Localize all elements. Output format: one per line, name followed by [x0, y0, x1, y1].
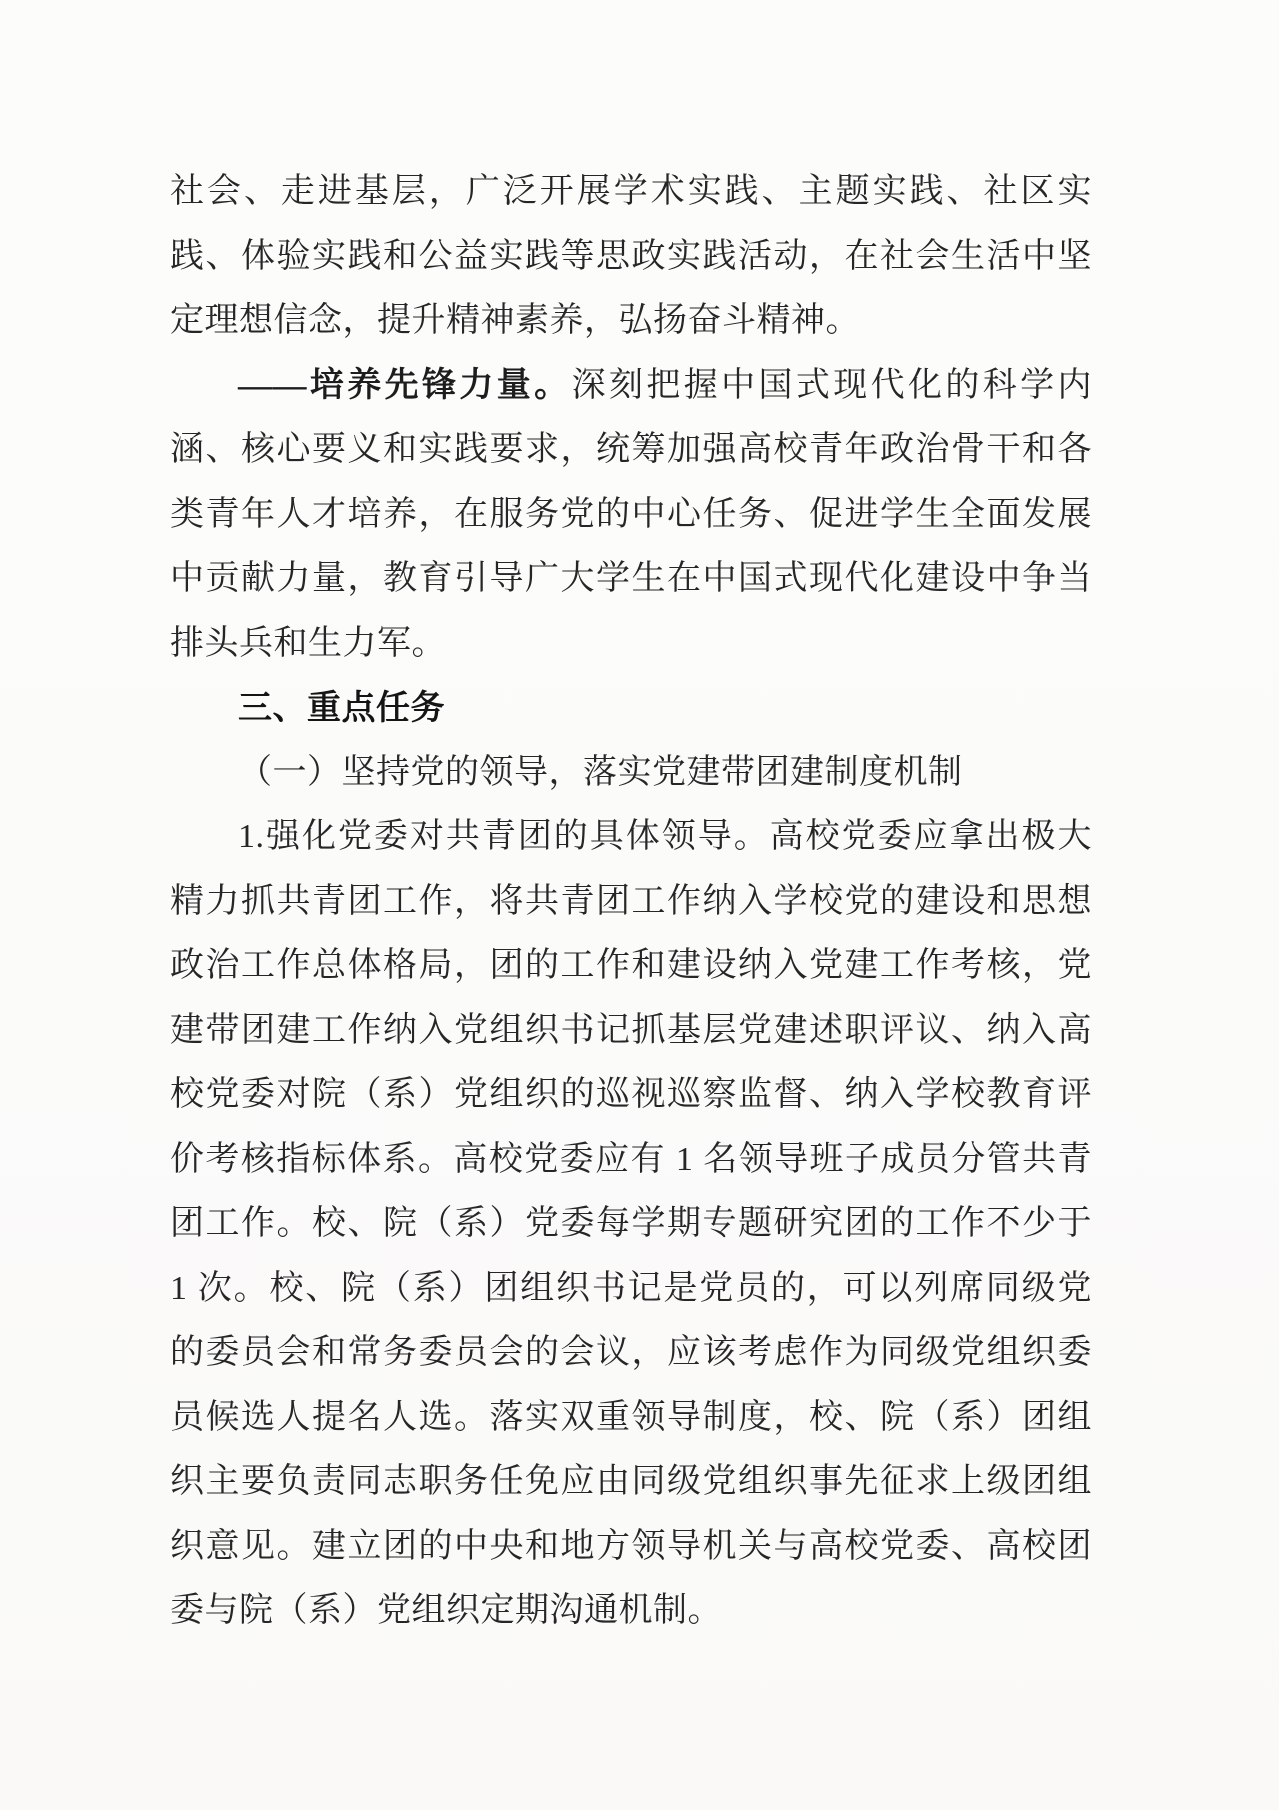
paragraph-lead-emphasis: ——培养先锋力量。	[238, 367, 572, 404]
subsection-heading: （一）坚持党的领导，落实党建带团建制度机制	[170, 741, 1092, 806]
document-page: 社会、走进基层，广泛开展学术实践、主题实践、社区实践、体验实践和公益实践等思政实…	[0, 0, 1279, 1810]
body-paragraph: 社会、走进基层，广泛开展学术实践、主题实践、社区实践、体验实践和公益实践等思政实…	[170, 160, 1092, 354]
body-paragraph: ——培养先锋力量。深刻把握中国式现代化的科学内涵、核心要义和实践要求，统筹加强高…	[170, 354, 1092, 677]
section-heading: 三、重点任务	[170, 676, 1092, 741]
document-text-block: 社会、走进基层，广泛开展学术实践、主题实践、社区实践、体验实践和公益实践等思政实…	[170, 160, 1092, 1644]
body-paragraph: 1.强化党委对共青团的具体领导。高校党委应拿出极大精力抓共青团工作，将共青团工作…	[170, 805, 1092, 1644]
